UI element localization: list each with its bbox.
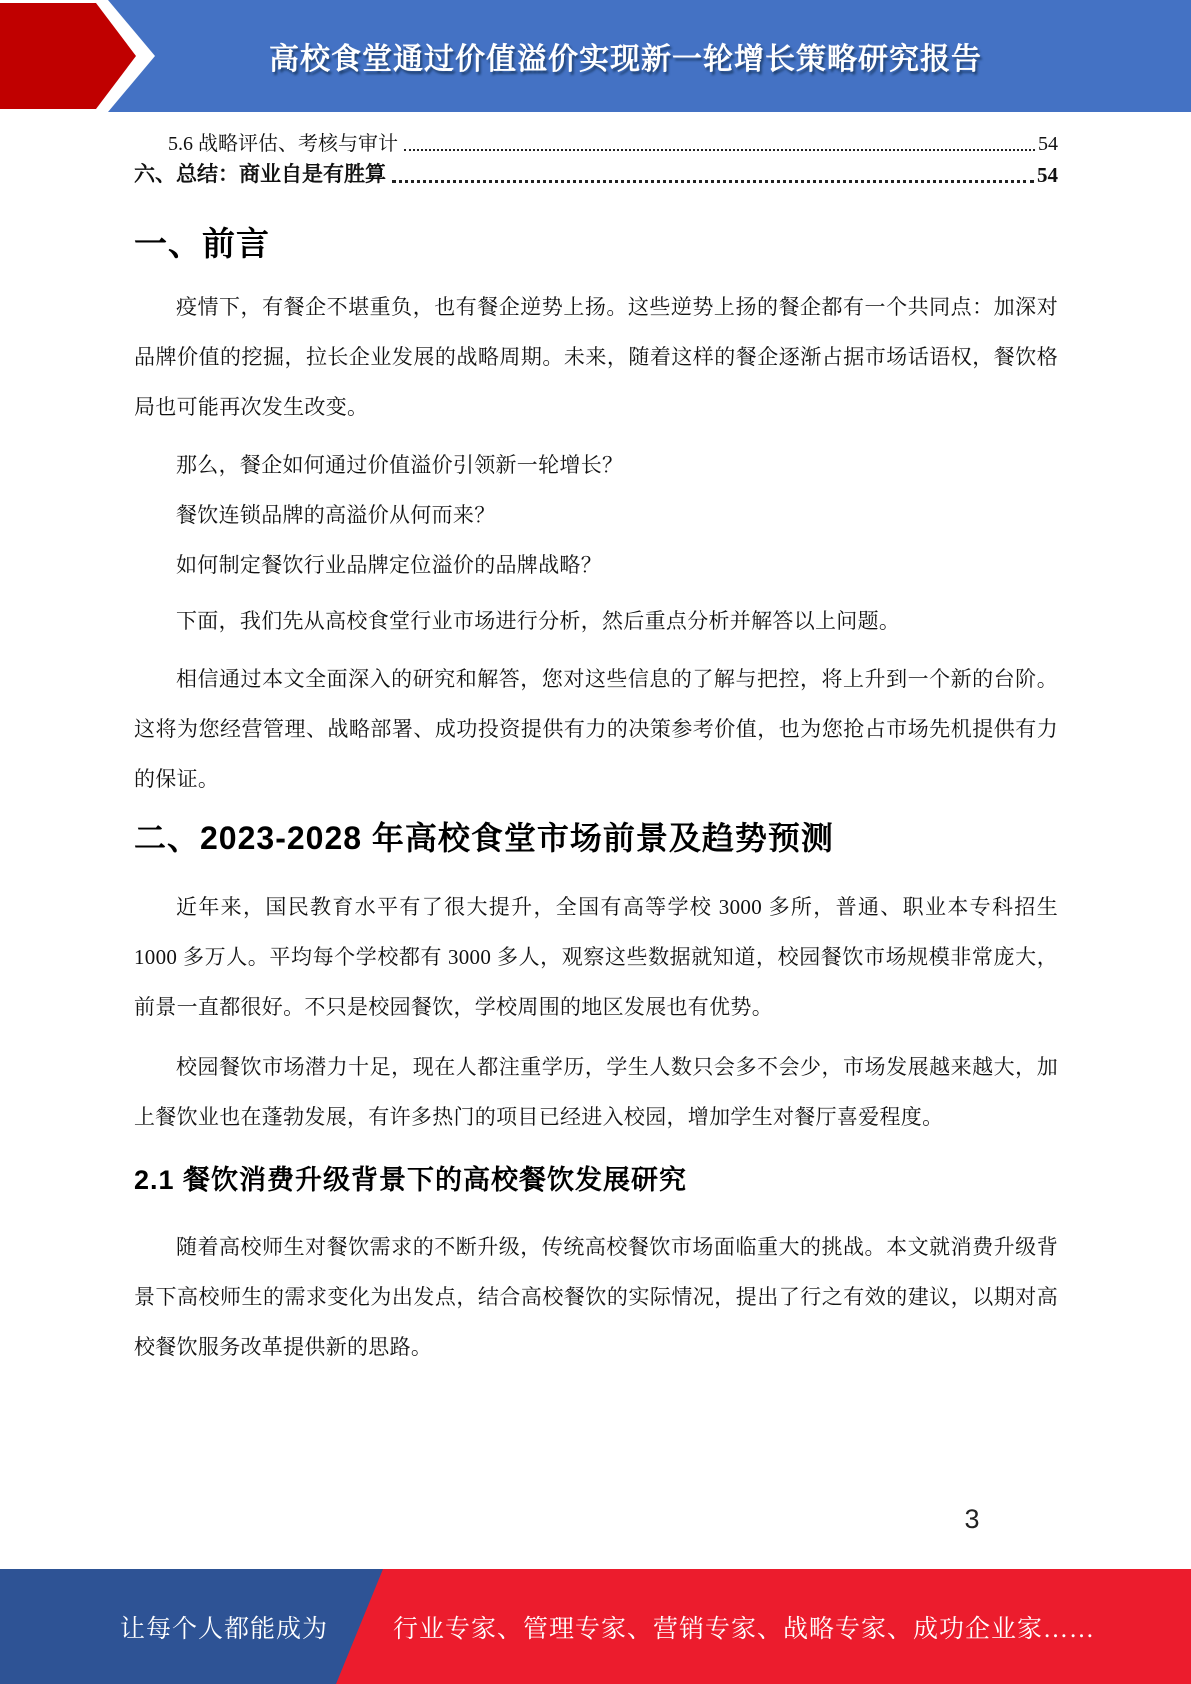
page-number: 3 xyxy=(952,1504,992,1535)
paragraph: 如何制定餐饮行业品牌定位溢价的品牌战略？ xyxy=(134,540,1058,590)
paragraph: 近年来，国民教育水平有了很大提升，全国有高等学校 3000 多所，普通、职业本专… xyxy=(134,882,1058,1032)
toc-entry-label: 5.6 战略评估、考核与审计 xyxy=(168,127,398,156)
toc-entry-label: 六、总结：商业自是有胜算 xyxy=(134,158,386,188)
toc-entry: 六、总结：商业自是有胜算 54 xyxy=(134,156,1058,188)
footer-banner: 让每个人都能成为 行业专家、管理专家、营销专家、战略专家、成功企业家…… xyxy=(0,1569,1191,1684)
toc-entry-page: 54 xyxy=(1038,133,1058,156)
report-title: 高校食堂通过价值溢价实现新一轮增长策略研究报告 xyxy=(140,0,1111,112)
toc-leader-dots xyxy=(392,180,1034,183)
paragraph: 那么，餐企如何通过价值溢价引领新一轮增长？ xyxy=(134,440,1058,490)
header-banner: 高校食堂通过价值溢价实现新一轮增长策略研究报告 xyxy=(0,0,1191,112)
paragraph: 校园餐饮市场潜力十足，现在人都注重学历，学生人数只会多不会少，市场发展越来越大，… xyxy=(134,1042,1058,1142)
document-page: 高校食堂通过价值溢价实现新一轮增长策略研究报告 5.6 战略评估、考核与审计 5… xyxy=(0,0,1191,1684)
section-heading-preface: 一、前言 xyxy=(134,224,1058,264)
page-content: 5.6 战略评估、考核与审计 54 六、总结：商业自是有胜算 54 一、前言 疫… xyxy=(0,126,1191,1372)
subsection-heading-2-1: 2.1 餐饮消费升级背景下的高校餐饮发展研究 xyxy=(134,1162,1058,1198)
section-heading-market-forecast: 二、2023-2028 年高校食堂市场前景及趋势预测 xyxy=(134,816,1058,860)
paragraph: 餐饮连锁品牌的高溢价从何而来？ xyxy=(134,490,1058,540)
footer-slogan-left: 让每个人都能成为 xyxy=(120,1569,330,1684)
footer-slogan-right: 行业专家、管理专家、营销专家、战略专家、成功企业家…… xyxy=(393,1569,1171,1684)
paragraph: 疫情下，有餐企不堪重负，也有餐企逆势上扬。这些逆势上扬的餐企都有一个共同点：加深… xyxy=(134,282,1058,432)
toc-entry-page: 54 xyxy=(1037,163,1058,188)
toc-entry: 5.6 战略评估、考核与审计 54 xyxy=(134,126,1058,156)
paragraph: 下面，我们先从高校食堂行业市场进行分析，然后重点分析并解答以上问题。 xyxy=(134,596,1058,646)
paragraph: 相信通过本文全面深入的研究和解答，您对这些信息的了解与把控，将上升到一个新的台阶… xyxy=(134,654,1058,804)
toc-leader-dots xyxy=(404,149,1035,151)
paragraph: 随着高校师生对餐饮需求的不断升级，传统高校餐饮市场面临重大的挑战。本文就消费升级… xyxy=(134,1222,1058,1372)
